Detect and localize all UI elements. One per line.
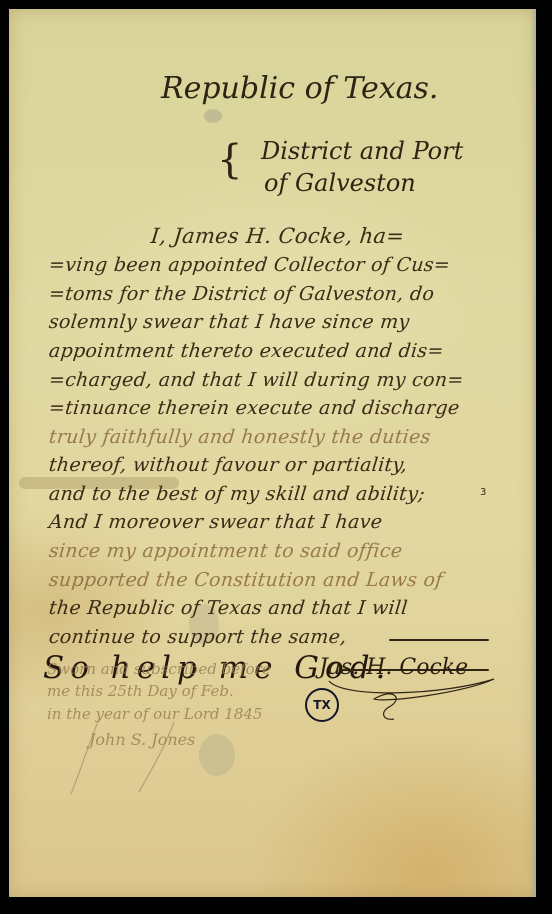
signature-flourish [324,669,504,729]
body-line: and to the best of my skill and ability; [48,483,426,505]
margin-mark: 3 [480,487,486,498]
ink-smudge [204,109,222,123]
brace-symbol: { [217,137,242,183]
body-line: solemnly swear that I have since my [48,311,411,333]
body-line: And I moreover swear that I have [48,511,384,533]
district-line-2: of Galveston [264,169,416,197]
tx-stamp: TX [305,688,339,722]
body-line: =charged, and that I will during my con= [48,369,465,391]
body-line: the Republic of Texas and that I will [48,597,409,619]
document-title: Republic of Texas. [161,71,438,106]
jurat-flourish [69,714,199,799]
body-line: continue to support the same, [48,626,348,648]
ink-flourish-line [389,639,489,641]
body-line: =toms for the District of Galveston, do [48,283,436,305]
body-line: I, James H. Cocke, ha= [150,224,406,248]
body-line: appointment thereto executed and dis= [48,340,445,362]
body-line: =ving been appointed Collector of Cus= [48,254,451,276]
body-line: =tinuance therein execute and discharge [48,397,461,419]
jurat-line: Sworn and subscribed before [47,660,271,678]
body-line: truly faithfully and honestly the duties [48,426,432,448]
water-stain [199,734,235,776]
body-line: since my appointment to said office [48,540,404,562]
district-line-1: District and Port [261,137,463,165]
paper-edge [531,9,536,897]
body-line: supported the Constitution and Laws of [48,569,444,591]
jurat-line: me this 25th Day of Feb. [47,682,234,700]
document-page: Republic of Texas. { District and Port o… [9,9,536,897]
body-line: thereof, without favour or partiality, [48,454,409,476]
